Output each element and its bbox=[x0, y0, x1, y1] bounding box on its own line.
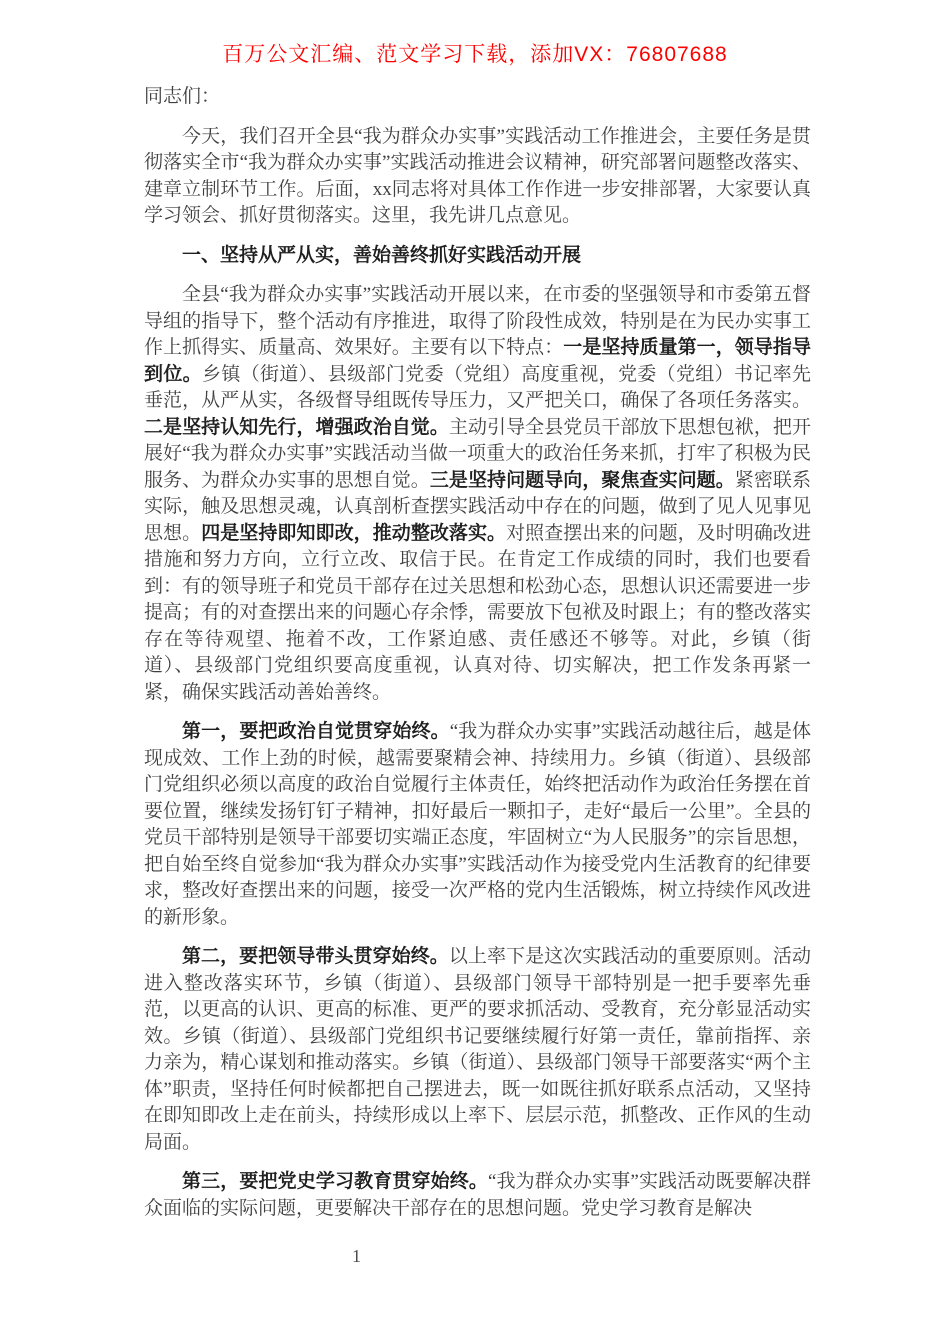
text-run-bold: 四是坚持即知即改，推动整改落实。 bbox=[201, 523, 506, 544]
salutation: 同志们： bbox=[144, 84, 811, 111]
text-run-bold: 第一，要把政治自觉贯穿始终。 bbox=[182, 721, 450, 742]
paragraph-point-3: 第三，要把党史学习教育贯穿始终。“我为群众办实事”实践活动既要解决群众面临的实际… bbox=[144, 1169, 811, 1222]
text-run-bold: 第二，要把领导带头贯穿始终。 bbox=[182, 946, 449, 967]
text-run: 乡镇（街道）、县级部门党委（党组）高度重视，党委（党组）书记率先垂范，从严从实，… bbox=[144, 364, 811, 412]
text-run: 今天，我们召开全县“我为群众办实事”实践活动工作推进会，主要任务是贯彻落实全市“… bbox=[144, 126, 811, 227]
document-page: 百万公文汇编、范文学习下载，添加VX：76807688 同志们： 今天，我们召开… bbox=[0, 0, 950, 1344]
text-run-bold: 第三，要把党史学习教育贯穿始终。 bbox=[182, 1171, 488, 1192]
document-body: 同志们： 今天，我们召开全县“我为群众办实事”实践活动工作推进会，主要任务是贯彻… bbox=[144, 84, 811, 1235]
text-run-bold: 二是坚持认知先行，增强政治自觉。 bbox=[144, 417, 449, 438]
paragraph-point-2: 第二，要把领导带头贯穿始终。以上率下是这次实践活动的重要原则。活动进入整改落实环… bbox=[144, 944, 811, 1156]
text-run-bold: 三是坚持问题导向，聚焦查实问题。 bbox=[430, 470, 735, 491]
header-notice-text: 百万公文汇编、范文学习下载，添加VX：76807688 bbox=[0, 38, 950, 68]
paragraph-intro: 今天，我们召开全县“我为群众办实事”实践活动工作推进会，主要任务是贯彻落实全市“… bbox=[144, 124, 811, 230]
heading-text: 一、坚持从严从实，善始善终抓好实践活动开展 bbox=[182, 245, 581, 266]
text-run: 对照查摆出来的问题，及时明确改进措施和努力方向，立行立改、取信于民。在肯定工作成… bbox=[144, 523, 811, 703]
page-number: 1 bbox=[352, 1246, 361, 1267]
paragraph-achievements: 全县“我为群众办实事”实践活动开展以来，在市委的坚强领导和市委第五督导组的指导下… bbox=[144, 282, 811, 706]
text-run: 同志们： bbox=[144, 86, 220, 107]
text-run: 以上率下是这次实践活动的重要原则。活动进入整改落实环节，乡镇（街道）、县级部门领… bbox=[144, 946, 811, 1153]
text-run: “我为群众办实事”实践活动越往后，越是体现成效、工作上劲的时候，越需要聚精会神、… bbox=[144, 721, 811, 928]
section-heading-1: 一、坚持从严从实，善始善终抓好实践活动开展 bbox=[144, 243, 811, 270]
paragraph-point-1: 第一，要把政治自觉贯穿始终。“我为群众办实事”实践活动越往后，越是体现成效、工作… bbox=[144, 719, 811, 931]
